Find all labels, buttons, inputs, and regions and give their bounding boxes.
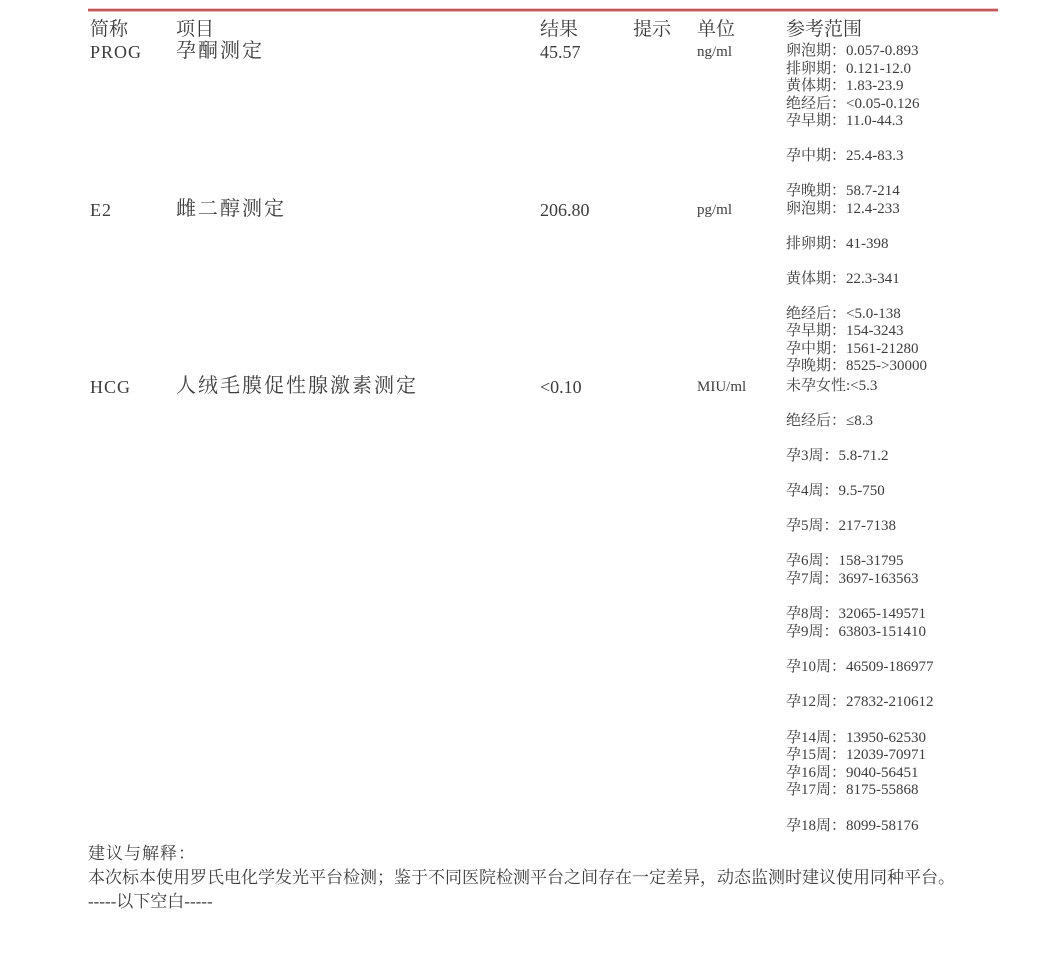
range-line: 卵泡期：0.057-0.893 bbox=[786, 43, 919, 60]
range-line: 孕早期：11.0-44.3 bbox=[786, 113, 903, 130]
range-line: 排卵期：41-398 bbox=[786, 236, 889, 253]
range-line: 孕8周：32065-149571 bbox=[786, 606, 926, 623]
row-hcg-abbr: HCG bbox=[90, 377, 131, 398]
range-line: 孕4周：9.5-750 bbox=[786, 483, 885, 500]
range-line: 孕17周：8175-55868 bbox=[786, 782, 919, 799]
range-line: 排卵期：0.121-12.0 bbox=[786, 61, 911, 78]
range-line: 孕3周：5.8-71.2 bbox=[786, 448, 889, 465]
range-line: 孕15周：12039-70971 bbox=[786, 747, 926, 764]
row-e2-result: 206.80 bbox=[540, 200, 590, 221]
column-header-flag: 提示 bbox=[633, 19, 671, 41]
row-prog-item: 孕酮测定 bbox=[176, 40, 264, 63]
advice-body: 本次标本使用罗氏电化学发光平台检测；鉴于不同医院检测平台之间存在一定差异，动态监… bbox=[88, 868, 955, 888]
range-line: 孕早期：154-3243 bbox=[786, 323, 904, 340]
range-line: 卵泡期：12.4-233 bbox=[786, 201, 900, 218]
row-prog-unit: ng/ml bbox=[697, 44, 732, 61]
range-line: 孕6周：158-31795 bbox=[786, 553, 904, 570]
range-line: 绝经后：≤8.3 bbox=[786, 413, 873, 430]
range-line: 孕中期：1561-21280 bbox=[786, 341, 919, 358]
range-line: 孕9周：63803-151410 bbox=[786, 624, 926, 641]
range-line: 孕16周：9040-56451 bbox=[786, 765, 919, 782]
row-prog-result: 45.57 bbox=[540, 42, 581, 63]
lab-report-page: 简称 项目 结果 提示 单位 参考范围 PROG 孕酮测定 45.57 ng/m… bbox=[0, 0, 1054, 954]
column-header-unit: 单位 bbox=[697, 19, 735, 41]
range-line: 绝经后：<5.0-138 bbox=[786, 306, 901, 323]
range-line: 孕14周：13950-62530 bbox=[786, 730, 926, 747]
range-line: 孕18周：8099-58176 bbox=[786, 818, 919, 835]
range-line: 黄体期：22.3-341 bbox=[786, 271, 900, 288]
row-prog-abbr: PROG bbox=[90, 42, 142, 63]
range-line: 孕12周：27832-210612 bbox=[786, 694, 934, 711]
range-line: 孕晚期：8525->30000 bbox=[786, 358, 927, 375]
range-line: 孕7周：3697-163563 bbox=[786, 571, 919, 588]
row-hcg-result: <0.10 bbox=[540, 377, 582, 398]
column-header-item: 项目 bbox=[176, 19, 214, 41]
column-header-abbr: 简称 bbox=[90, 19, 128, 41]
range-line: 孕中期：25.4-83.3 bbox=[786, 148, 904, 165]
advice-title: 建议与解释： bbox=[88, 844, 196, 864]
row-e2-abbr: E2 bbox=[90, 200, 112, 221]
row-hcg-item: 人绒毛膜促性腺激素测定 bbox=[176, 375, 418, 398]
column-header-result: 结果 bbox=[540, 19, 578, 41]
range-line: 孕晚期：58.7-214 bbox=[786, 183, 900, 200]
row-e2-item: 雌二醇测定 bbox=[176, 198, 286, 221]
row-e2-unit: pg/ml bbox=[697, 202, 732, 219]
row-hcg-unit: MIU/ml bbox=[697, 379, 746, 396]
range-line: 绝经后：<0.05-0.126 bbox=[786, 96, 919, 113]
top-divider-line bbox=[88, 8, 998, 12]
range-line: 黄体期：1.83-23.9 bbox=[786, 78, 904, 95]
range-line: 孕5周：217-7138 bbox=[786, 518, 896, 535]
end-of-report-note: -----以下空白----- bbox=[88, 892, 213, 912]
range-line: 孕10周：46509-186977 bbox=[786, 659, 934, 676]
column-header-range: 参考范围 bbox=[786, 19, 862, 41]
range-line: 未孕女性:<5.3 bbox=[786, 378, 877, 395]
